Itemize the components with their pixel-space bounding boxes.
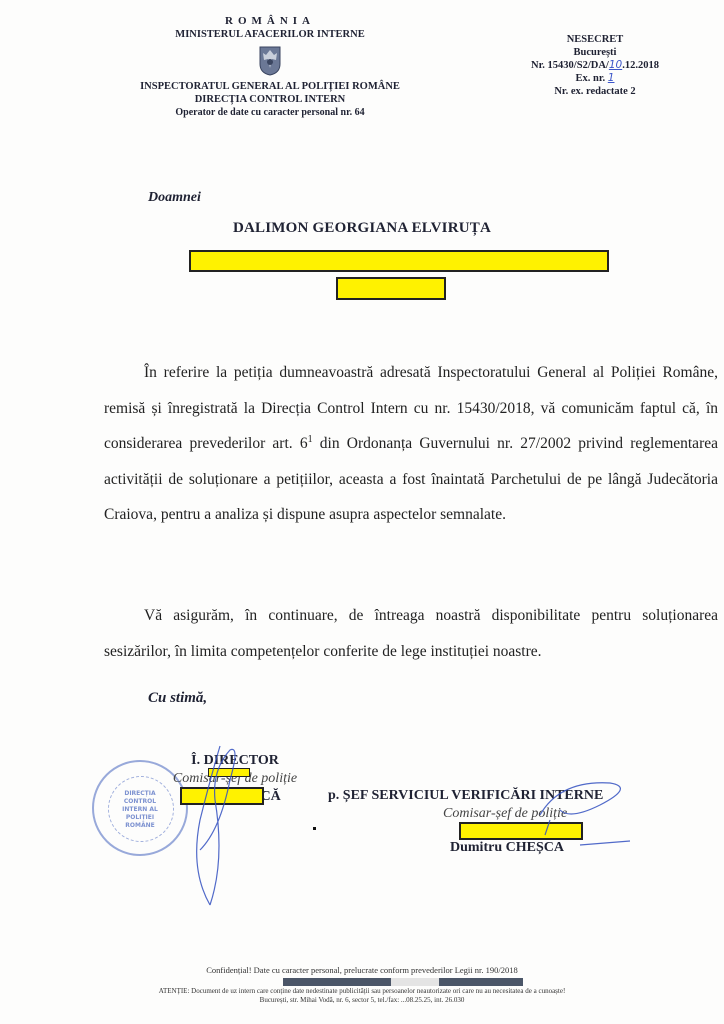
registration-number: Nr. 15430/S2/DA/10.12.2018 — [505, 59, 685, 72]
signatory-right-rank: Comisar-șef de poliție — [328, 805, 688, 823]
city: București — [505, 46, 685, 59]
body-paragraph-2: Vă asigurăm, în continuare, de întreaga … — [104, 598, 718, 669]
registration-prefix: Nr. 15430/S2/DA/ — [531, 60, 609, 71]
coat-of-arms-icon — [259, 46, 281, 76]
document-metadata: NESECRET București Nr. 15430/S2/DA/10.12… — [505, 33, 685, 98]
redacted-address-line-2 — [336, 277, 446, 300]
salutation: Doamnei — [148, 190, 201, 206]
data-operator: Operator de date cu caracter personal nr… — [120, 106, 420, 119]
registration-suffix: .12.2018 — [622, 60, 659, 71]
issuer-header: ROMÂNIA MINISTERUL AFACERILOR INTERNE IN… — [120, 14, 420, 119]
body-paragraph-1: În referire la petiția dumneavoastră adr… — [104, 355, 718, 533]
copy-prefix: Ex. nr. — [576, 73, 608, 84]
footer-warning: ATENȚIE: Document de uz intern care conț… — [0, 987, 724, 995]
inspectorate-name: INSPECTORATUL GENERAL AL POLIȚIEI ROMÂNE — [120, 80, 420, 93]
redacted-block-right — [459, 822, 583, 840]
signatory-right-name: Dumitru CHEȘCA — [328, 839, 688, 857]
country-name: ROMÂNIA — [120, 14, 420, 28]
footer-redacted-bar — [283, 978, 523, 986]
copy-number-value: 1 — [608, 72, 615, 84]
registration-day: 10 — [609, 59, 622, 71]
footer-confidential: Confidențial! Date cu caracter personal,… — [0, 965, 724, 975]
signatory-right-title: p. ȘEF SERVICIUL VERIFICĂRI INTERNE — [328, 787, 688, 805]
redacted-block-left — [180, 787, 264, 805]
stray-mark — [313, 827, 316, 830]
closing: Cu stimă, — [148, 690, 207, 707]
recipient-name: DALIMON GEORGIANA ELVIRUȚA — [0, 220, 724, 237]
redacted-address-line-1 — [189, 250, 609, 272]
directorate-name: DIRECȚIA CONTROL INTERN — [120, 93, 420, 106]
copy-number: Ex. nr. 1 — [505, 72, 685, 85]
redacted-block-small — [208, 768, 250, 777]
footer-address: București, str. Mihai Vodă, nr. 6, secto… — [0, 996, 724, 1004]
classification: NESECRET — [505, 33, 685, 46]
copies-drafted: Nr. ex. redactate 2 — [505, 85, 685, 98]
ministry-name: MINISTERUL AFACERILOR INTERNE — [120, 28, 420, 41]
